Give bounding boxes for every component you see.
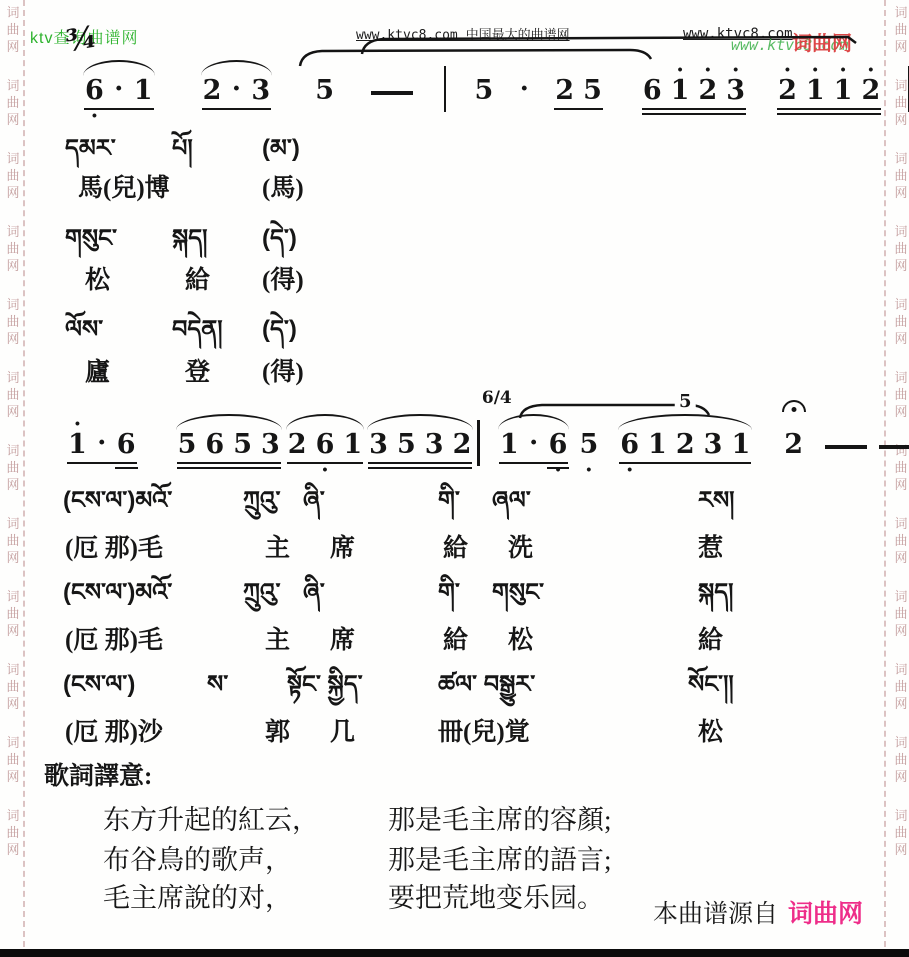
lyric-word: 松 bbox=[85, 260, 110, 296]
note-group: 3532 bbox=[369, 418, 471, 461]
dash-note bbox=[879, 445, 909, 449]
rail-char: 词 bbox=[894, 4, 907, 21]
rail-char: 网 bbox=[894, 549, 907, 566]
note-number: 1 bbox=[134, 75, 153, 107]
rail-char: 网 bbox=[894, 695, 907, 712]
note-group: •1·6 bbox=[68, 418, 136, 461]
source-prefix: 本曲谱源自 bbox=[653, 894, 778, 930]
rail-char: 曲 bbox=[6, 167, 19, 184]
lyric-word: 洗 bbox=[508, 528, 533, 564]
lyric-word: 給 bbox=[443, 620, 468, 656]
rail-char: 曲 bbox=[894, 240, 907, 257]
note-number: 5 bbox=[579, 429, 598, 461]
rail-char: 网 bbox=[894, 184, 907, 201]
translation-heading: 歌詞譯意: bbox=[44, 756, 152, 792]
lyric-word: 松 bbox=[698, 712, 723, 748]
translation-line: 东方升起的紅云， bbox=[103, 798, 319, 837]
note: 6 bbox=[117, 418, 136, 461]
rail-char: 网 bbox=[6, 695, 19, 712]
note-number: 5 bbox=[583, 75, 602, 107]
rail-char: 网 bbox=[6, 111, 19, 128]
lyric-word: 登 bbox=[185, 352, 210, 388]
source-site: 词曲网 bbox=[788, 894, 863, 930]
rail-char: 网 bbox=[6, 622, 19, 639]
rail-char: 曲 bbox=[6, 751, 19, 768]
note: 6 bbox=[643, 64, 662, 107]
note-group: 25 bbox=[555, 64, 602, 107]
barline bbox=[444, 66, 447, 112]
rail-char: 网 bbox=[894, 841, 907, 858]
translation-line: 那是毛主席的容顏; bbox=[388, 798, 612, 837]
dash-note bbox=[825, 445, 867, 449]
note: •2 bbox=[778, 64, 797, 107]
rail-char: 词 bbox=[6, 515, 19, 532]
rail-char: 曲 bbox=[6, 313, 19, 330]
rail-char: 网 bbox=[894, 257, 907, 274]
right-rail-divider bbox=[884, 0, 886, 957]
barline bbox=[477, 420, 480, 466]
rail-char: 曲 bbox=[6, 459, 19, 476]
slur bbox=[201, 60, 273, 76]
note-number: 3 bbox=[704, 429, 723, 461]
rail-char: 词 bbox=[894, 515, 907, 532]
note-number: 2 bbox=[861, 75, 880, 107]
rail-char: 词 bbox=[894, 734, 907, 751]
lyric-word: 主 bbox=[265, 528, 290, 564]
rail-char: 曲 bbox=[894, 751, 907, 768]
note-number: 2 bbox=[555, 75, 574, 107]
beam bbox=[287, 462, 363, 464]
rail-char: 网 bbox=[894, 768, 907, 785]
rail-char: 曲 bbox=[6, 21, 19, 38]
note-number: 1 bbox=[671, 75, 690, 107]
note: •3 bbox=[726, 64, 745, 107]
rail-char: 网 bbox=[6, 403, 19, 420]
beam bbox=[642, 113, 746, 115]
note-number: 3 bbox=[261, 429, 280, 461]
note-number: 3 bbox=[369, 429, 388, 461]
rail-char: 网 bbox=[894, 330, 907, 347]
note: 5 bbox=[474, 64, 493, 107]
beam bbox=[115, 467, 138, 469]
note-number: 1 bbox=[500, 429, 519, 461]
rail-char: 词 bbox=[6, 442, 19, 459]
duration-dot: · bbox=[518, 64, 530, 107]
slur bbox=[176, 414, 282, 430]
rail-char: 词 bbox=[6, 77, 19, 94]
pickup-time-signature: ¾ bbox=[63, 20, 100, 60]
note-group: 5653 bbox=[178, 418, 280, 461]
note-group: 6•·1 bbox=[85, 64, 153, 107]
dash-note bbox=[371, 91, 413, 95]
beam bbox=[177, 462, 281, 464]
rail-char: 曲 bbox=[6, 386, 19, 403]
beam bbox=[777, 113, 881, 115]
note-number: 1 bbox=[648, 429, 667, 461]
left-rail-divider bbox=[23, 0, 25, 957]
score-line-1: 6•·12·355·256•1•2•3•2•1•1•2 bbox=[85, 64, 909, 112]
note-number: 6 bbox=[620, 429, 639, 461]
rail-char: 词 bbox=[6, 369, 19, 386]
rail-char: 词 bbox=[6, 588, 19, 605]
rail-char: 曲 bbox=[894, 605, 907, 622]
note-number: 1 bbox=[343, 429, 362, 461]
note-number: 5 bbox=[397, 429, 416, 461]
rail-char: 网 bbox=[6, 330, 19, 347]
note-group: 1·6• bbox=[500, 418, 568, 461]
rail-char: 曲 bbox=[6, 94, 19, 111]
rail-char: 词 bbox=[894, 661, 907, 678]
octave-dot-above: • bbox=[678, 64, 683, 75]
note-number: 2 bbox=[288, 429, 307, 461]
rail-char: 词 bbox=[894, 150, 907, 167]
slur bbox=[83, 60, 155, 76]
note-number: 1 bbox=[834, 75, 853, 107]
rail-char: 词 bbox=[6, 296, 19, 313]
translation-line: 布谷鳥的歌声， bbox=[103, 838, 292, 877]
watermark-top-right-site: 词曲网 bbox=[792, 27, 852, 56]
note-number: 2 bbox=[203, 75, 222, 107]
rail-char: 网 bbox=[894, 622, 907, 639]
lyric-word: (厄 那)毛 bbox=[65, 528, 163, 564]
octave-dot-above: • bbox=[705, 64, 710, 75]
note-number: 6 bbox=[643, 75, 662, 107]
note-number: 3 bbox=[251, 75, 270, 107]
lyric-word: 冊(兒)覚 bbox=[438, 712, 530, 748]
rail-char: 曲 bbox=[6, 240, 19, 257]
rail-char: 词 bbox=[894, 807, 907, 824]
translation-line: 要把荒地变乐园。 bbox=[388, 876, 604, 915]
note-number: 1 bbox=[806, 75, 825, 107]
note-group: •2•1•1•2 bbox=[778, 64, 880, 107]
octave-dot-above: • bbox=[785, 64, 790, 75]
note-number: 1 bbox=[731, 429, 750, 461]
note-group: 6•1•2•3 bbox=[643, 64, 745, 107]
note-number: 5 bbox=[178, 429, 197, 461]
lyric-word: 廬 bbox=[85, 352, 110, 388]
rail-char: 词 bbox=[894, 296, 907, 313]
note: 5 bbox=[583, 64, 602, 107]
note-number: 6 bbox=[117, 429, 136, 461]
rail-char: 曲 bbox=[894, 532, 907, 549]
slur bbox=[618, 414, 752, 430]
lyric-word: (得) bbox=[262, 260, 304, 296]
lyric-word: 松 bbox=[508, 620, 533, 656]
score-line-2: •1·6565326•135326/41·6•5•6•123152 bbox=[68, 418, 909, 468]
rail-char: 曲 bbox=[6, 678, 19, 695]
beam bbox=[499, 462, 569, 464]
rail-char: 词 bbox=[894, 369, 907, 386]
slur bbox=[367, 414, 473, 430]
rail-char: 网 bbox=[894, 38, 907, 55]
note-number: 2 bbox=[676, 429, 695, 461]
octave-dot-below: • bbox=[586, 461, 591, 477]
rail-char: 曲 bbox=[6, 824, 19, 841]
lyric-word: (厄 那)毛 bbox=[65, 620, 163, 656]
note: •1 bbox=[834, 64, 853, 107]
note: •2 bbox=[698, 64, 717, 107]
note-group: 2·3 bbox=[203, 64, 271, 107]
note-number: 6 bbox=[85, 75, 104, 107]
note-number: 5 bbox=[315, 75, 334, 107]
lyric-word: 給 bbox=[443, 528, 468, 564]
rail-char: 词 bbox=[6, 734, 19, 751]
rail-char: 网 bbox=[6, 549, 19, 566]
note: •1 bbox=[68, 418, 87, 461]
rail-char: 曲 bbox=[894, 824, 907, 841]
beam bbox=[642, 108, 746, 110]
rail-char: 词 bbox=[6, 661, 19, 678]
lyric-word: ཞི་ bbox=[303, 566, 325, 633]
octave-dot-above: • bbox=[813, 64, 818, 75]
note: 5 bbox=[315, 64, 334, 107]
lyric-word: 給 bbox=[185, 260, 210, 296]
lyric-word: 席 bbox=[330, 528, 355, 564]
rail-char: 曲 bbox=[894, 678, 907, 695]
lyric-word: 給 bbox=[698, 620, 723, 656]
octave-dot-above: • bbox=[75, 418, 80, 429]
note-number: 3 bbox=[425, 429, 444, 461]
rail-char: 曲 bbox=[6, 532, 19, 549]
lyric-word: 郭 bbox=[265, 712, 290, 748]
rail-char: 词 bbox=[894, 223, 907, 240]
beam bbox=[547, 467, 570, 469]
beam bbox=[202, 108, 272, 110]
rail-char: 词 bbox=[6, 807, 19, 824]
scanned-music-sheet-page: 词曲网词曲网词曲网词曲网词曲网词曲网词曲网词曲网词曲网词曲网词曲网词曲网 词曲网… bbox=[0, 0, 909, 957]
beam bbox=[777, 108, 881, 110]
lyric-word: པོ། bbox=[172, 122, 193, 189]
note-number: 6 bbox=[316, 429, 335, 461]
note-number: 6 bbox=[549, 429, 568, 461]
rail-char: 网 bbox=[894, 476, 907, 493]
beam bbox=[554, 108, 603, 110]
lyric-word: 席 bbox=[330, 620, 355, 656]
lyric-word: 几 bbox=[330, 712, 355, 748]
slur bbox=[286, 414, 364, 430]
note-number: 2 bbox=[784, 429, 803, 461]
scan-edge-bottom bbox=[0, 949, 909, 957]
rail-char: 网 bbox=[6, 184, 19, 201]
note: •1 bbox=[671, 64, 690, 107]
rail-char: 网 bbox=[6, 841, 19, 858]
note-number: 6 bbox=[205, 429, 224, 461]
note-number: 2 bbox=[453, 429, 472, 461]
rail-char: 网 bbox=[6, 768, 19, 785]
rail-char: 曲 bbox=[6, 605, 19, 622]
lyric-word: (厄 那)沙 bbox=[65, 712, 163, 748]
lyric-word: ས་ bbox=[207, 658, 228, 725]
rail-char: 网 bbox=[894, 111, 907, 128]
note: •2 bbox=[861, 64, 880, 107]
lyric-word: ཞི་ bbox=[303, 474, 325, 541]
fermata-icon bbox=[791, 407, 796, 412]
beam bbox=[84, 108, 154, 110]
lyric-word: (馬) bbox=[262, 168, 304, 204]
beam bbox=[368, 467, 472, 469]
note: •1 bbox=[806, 64, 825, 107]
rail-char: 曲 bbox=[894, 386, 907, 403]
beam bbox=[177, 467, 281, 469]
time-signature: 6/4 bbox=[486, 418, 500, 461]
beam bbox=[619, 462, 751, 464]
note: 2 bbox=[555, 64, 574, 107]
note-group: 26•1 bbox=[288, 418, 362, 461]
beam bbox=[368, 462, 472, 464]
translation-line: 那是毛主席的語言; bbox=[388, 838, 612, 877]
rail-char: 网 bbox=[6, 476, 19, 493]
octave-dot-above: • bbox=[841, 64, 846, 75]
note-number: 5 bbox=[474, 75, 493, 107]
rail-char: 词 bbox=[6, 223, 19, 240]
note-number: 5 bbox=[233, 429, 252, 461]
rail-char: 曲 bbox=[894, 313, 907, 330]
rail-char: 曲 bbox=[894, 21, 907, 38]
note-group: 6•12315 bbox=[620, 418, 750, 461]
rail-char: 网 bbox=[6, 257, 19, 274]
lyric-word: 惹 bbox=[698, 528, 723, 564]
duration-dot: · bbox=[96, 418, 108, 461]
note: 2 bbox=[784, 418, 803, 461]
note-number: 1 bbox=[68, 429, 87, 461]
note-number: 2 bbox=[698, 75, 717, 107]
note-number: 3 bbox=[726, 75, 745, 107]
tuplet-label: 5 bbox=[675, 391, 696, 412]
rail-char: 词 bbox=[6, 4, 19, 21]
rail-char: 曲 bbox=[894, 167, 907, 184]
slur bbox=[498, 414, 570, 430]
octave-dot-above: • bbox=[868, 64, 873, 75]
note-number: 2 bbox=[778, 75, 797, 107]
note: 5• bbox=[579, 418, 598, 461]
translation-line: 毛主席說的对， bbox=[103, 876, 292, 915]
left-watermark-rail: 词曲网词曲网词曲网词曲网词曲网词曲网词曲网词曲网词曲网词曲网词曲网词曲网 bbox=[3, 4, 23, 880]
rail-char: 网 bbox=[6, 38, 19, 55]
rail-char: 词 bbox=[6, 150, 19, 167]
octave-dot-above: • bbox=[733, 64, 738, 75]
lyric-word: (得) bbox=[262, 352, 304, 388]
rail-char: 词 bbox=[894, 588, 907, 605]
beam bbox=[67, 462, 137, 464]
lyric-word: 馬(兒)博 bbox=[78, 168, 170, 204]
time-signature: 6/4 bbox=[482, 388, 512, 408]
watermark-top-center: www.ktvc8.com 中国最大的曲谱网 bbox=[356, 24, 570, 43]
lyric-word: 主 bbox=[265, 620, 290, 656]
